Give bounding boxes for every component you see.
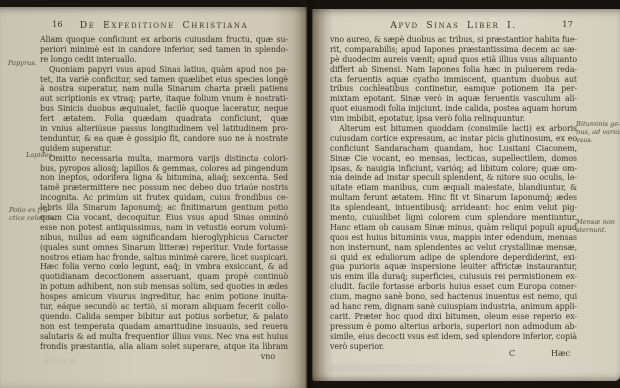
text-line: simile, eius decocti vsus est idem, sed … xyxy=(330,332,577,342)
text-line: cludit. facile fortasse arboris huius es… xyxy=(330,282,577,292)
text-line: Hanc etiam ob causam Sinæ minus, quàm re… xyxy=(330,223,577,233)
margin-note-lapides: Lapides. xyxy=(26,152,54,160)
text-line: Papyrus. xyxy=(8,60,37,68)
text-line: ipsas, & nauigia inficiunt, varióq; ad l… xyxy=(330,164,577,174)
left-running-header: 16 De Expeditione Christiana xyxy=(40,20,288,32)
text-line: quot eiusmodi folia inijciunt. inde cali… xyxy=(330,104,577,114)
text-line: cium, magno sanè bono, sed hactenus inue… xyxy=(330,292,577,302)
signature-mark: C xyxy=(509,349,515,358)
text-line: quotidianam decoctionem asseruant, quam … xyxy=(40,272,288,282)
text-line: à nostra superatur, nam nulla Sinarum ch… xyxy=(40,84,288,94)
text-line: non est temperata quadam amaritudine ins… xyxy=(40,322,288,332)
margin-note-potio: Potio ex fru-ctice celebris. xyxy=(9,207,56,223)
text-line: pè duodecim aureis vænit; apud quos etiã… xyxy=(330,55,577,65)
left-catchword: vno xyxy=(252,352,284,361)
text-line: mixtam epotant. Sinæ verò in aquæ feruen… xyxy=(330,94,577,104)
text-line: tamẽ prætermittere nec possum nec debeo … xyxy=(40,183,288,193)
text-line: verò superior. xyxy=(330,342,577,352)
text-line: Lapides. xyxy=(26,152,54,160)
text-line: multam ferunt ætatem. Hinc fit vt Sinaru… xyxy=(330,193,577,203)
text-line: tenduntur, & ea quæ è gossipio fit, cand… xyxy=(40,134,288,144)
text-line: sternunt. xyxy=(576,227,615,235)
text-line: uis enim illa duraq́; superficies, cuius… xyxy=(330,272,577,282)
text-line: bus Sinicis duobus æquiualet, facilè quo… xyxy=(40,104,288,114)
text-line: ita splendeant, intuentibusq́; arrideant… xyxy=(330,203,577,213)
text-line: differt ab Sinensi. Nam Iapones folia hæ… xyxy=(330,65,577,75)
text-line: cuiusdam cortice expressum, ac instar pi… xyxy=(330,134,577,144)
text-line: gua purioris aquæ inspersione leuiter af… xyxy=(330,262,577,272)
text-line: bus, pyropos aliosq́; lapillos & gemmas,… xyxy=(40,164,288,174)
text-line: fert ætatem. Folia quædam quadrata confi… xyxy=(40,114,288,124)
text-line: Hæc folia verno cœlo legunt, eaq́; in vm… xyxy=(40,262,288,272)
text-line: tur, eáque secundò ac tertiò, si moram a… xyxy=(40,302,288,312)
text-line: Aliam quoque conficiunt ex arboris cuius… xyxy=(40,35,288,45)
right-page-number: 17 xyxy=(562,20,573,30)
right-page-text: vno aureo, & sæpè duobus ac tribus, si p… xyxy=(330,35,577,352)
text-line: tribus cochleatibus continetur, eamque p… xyxy=(330,84,577,94)
book-gutter xyxy=(305,0,313,388)
margin-note-bitumen: Bituminis ge-nus, ad variosvsus. xyxy=(576,121,620,144)
text-line: non ineptos, odorifera ligna & bitumina,… xyxy=(40,173,288,183)
text-line: in vnius alteriúsue passus longitudinem … xyxy=(40,124,288,134)
text-line: hospes amicum visurus ingreditur, hac en… xyxy=(40,292,288,302)
text-line: ctice celebris. xyxy=(9,215,56,223)
text-line: nia deinde ad instar speculi splendent, … xyxy=(330,173,577,183)
text-line: (quales sunt omnes Sinarum litteræ) repe… xyxy=(40,243,288,253)
text-line: quam Cia vocant, decoquitur. Eius vsus a… xyxy=(40,213,288,223)
book-spread: 16 De Expeditione Christiana Aliam quoqu… xyxy=(0,0,620,388)
text-line: vsus. xyxy=(576,137,620,145)
text-line: conficiunt Sandaracham quandam, hoc Lusi… xyxy=(330,144,577,154)
right-running-header: Apvd Sinas Liber I. 17 xyxy=(330,20,577,32)
text-line: quos est huius bituminis vsus, mappis in… xyxy=(330,233,577,243)
text-line: quidem superatur. xyxy=(40,144,288,154)
text-line: si quid ex eduliorum adipe de splendore … xyxy=(330,253,577,263)
text-line: Quoniam papyri vsus apud Sinas latius, q… xyxy=(40,65,288,75)
text-line: mento, cuiuslibet ligni colorem cum sple… xyxy=(330,213,577,223)
text-line: uitate etiam manibus, cum æquali maiesta… xyxy=(330,183,577,193)
text-line: in potum adhibent, non sub mensas solùm,… xyxy=(40,282,288,292)
left-running-title: De Expeditione Christiana xyxy=(80,20,249,31)
left-page-text: Aliam quoque conficiunt ex arboris cuius… xyxy=(40,35,288,352)
text-line: incognita. Ac primùm sit frutex quidam, … xyxy=(40,193,288,203)
text-line: Omitto necessaria multa, marmora varijs … xyxy=(40,154,288,164)
text-line: vim imbibit, epotatur, ipsa verò folia r… xyxy=(330,114,577,124)
margin-note-mensae: Mensæ nonsternunt. xyxy=(576,219,615,235)
left-page-number: 16 xyxy=(52,20,63,30)
text-line: vno aureo, & sæpè duobus ac tribus, si p… xyxy=(330,35,577,45)
text-line: ad hanc rem, dignam sanè cuiuspiam indus… xyxy=(330,302,577,312)
text-line: rit, comparabilis; apud Iapones præstant… xyxy=(330,45,577,55)
text-line: pressum è pomo alterius arboris, superio… xyxy=(330,322,577,332)
text-line: aut scriptionis ex vtraq; parte, itaque … xyxy=(40,94,288,104)
text-line: cta feruentis aquæ cyatho immiscent, qua… xyxy=(330,75,577,85)
margin-note-papyrus: Papyrus. xyxy=(8,60,37,68)
text-line: esse non potest antiquissimus, nam in ve… xyxy=(40,223,288,233)
right-running-title: Apvd Sinas Liber I. xyxy=(390,20,517,31)
text-line: nostros etiam hac fronde, saltus minimè … xyxy=(40,253,288,263)
text-line: salutaris & ad multa frequentior illius … xyxy=(40,332,288,342)
text-line: non insternunt, nam splendentes ac velut… xyxy=(330,243,577,253)
text-line: Alterum est bitumen quoddam (consimile l… xyxy=(330,124,577,134)
text-line: frondis præstantia, alia aliam solet sup… xyxy=(40,342,288,352)
text-line: Sinæ Cie vocant, eo mensas, lecticas, su… xyxy=(330,154,577,164)
text-line: lebris illa Sinarum Iaponumq́; ac finiti… xyxy=(40,203,288,213)
text-line: quendo. Calida semper bibitur aut potius… xyxy=(40,312,288,322)
text-line: carit. Præter hoc quod dixi bitumen, ole… xyxy=(330,312,577,322)
text-line: periori minimè est in candore inferior, … xyxy=(40,45,288,55)
text-line: tet, ita variè conficitur, sed tamen quæ… xyxy=(40,75,288,85)
right-catchword: Hæc xyxy=(551,349,570,358)
text-line: re longo cedit interuallo. xyxy=(40,55,288,65)
text-line: nibus, nullus ad eam significandam hiero… xyxy=(40,233,288,243)
